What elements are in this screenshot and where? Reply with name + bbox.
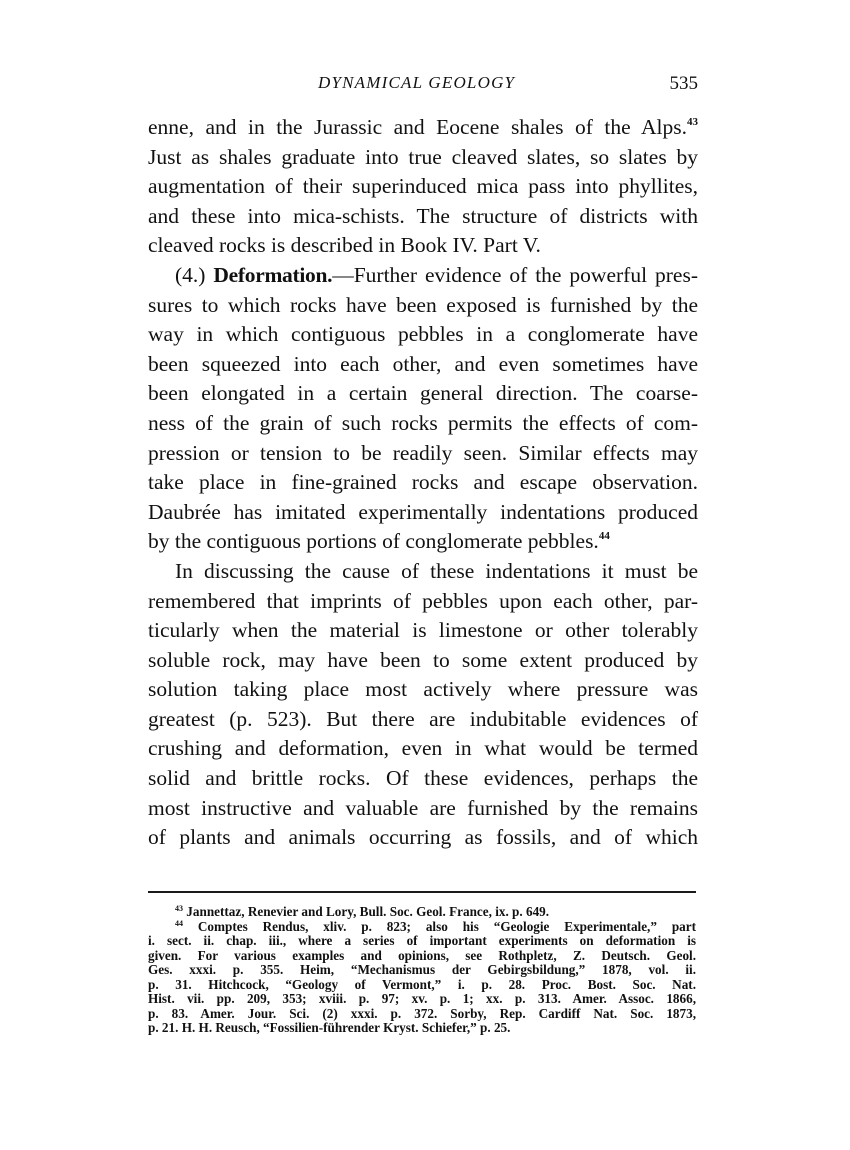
text-line: Daubrée has imitated experimentally inde…: [148, 498, 698, 528]
text-line: enne, and in the Jurassic and Eocene sha…: [148, 113, 698, 143]
text-line: soluble rock, may have been to some exte…: [148, 646, 698, 676]
footnote-line: p. 31. Hitchcock, “Geology of Vermont,” …: [148, 978, 696, 993]
body-text: enne, and in the Jurassic and Eocene sha…: [148, 113, 698, 853]
section-heading: Deformation.: [213, 263, 332, 287]
footnote-43: 43 Jannettaz, Renevier and Lory, Bull. S…: [148, 905, 696, 920]
running-head: DYNAMICAL GEOLOGY 535: [148, 73, 698, 97]
footnote-line: Ges. xxxi. p. 355. Heim, “Mechanismus de…: [148, 963, 696, 978]
footnote-line: p. 21. H. H. Reusch, “Fossilien-führende…: [148, 1021, 696, 1036]
footnote-line: i. sect. ii. chap. iii., where a series …: [148, 934, 696, 949]
page-number: 535: [670, 73, 699, 95]
footnote-line: Hist. vii. pp. 209, 353; xviii. p. 97; x…: [148, 992, 696, 1007]
paragraph-deformation: (4.) Deformation.—Further evidence of th…: [148, 261, 698, 557]
text-line: ness of the grain of such rocks permits …: [148, 409, 698, 439]
paragraph-continuation: enne, and in the Jurassic and Eocene sha…: [148, 113, 698, 261]
footnote-ref-44[interactable]: 44: [599, 530, 610, 542]
footnote-44: 44 Comptes Rendus, xliv. p. 823; also hi…: [148, 920, 696, 1036]
text-line: solid and brittle rocks. Of these eviden…: [148, 764, 698, 794]
text-line: In discussing the cause of these indenta…: [148, 557, 698, 587]
text-line: crushing and deformation, even in what w…: [148, 734, 698, 764]
footnote-line: 43 Jannettaz, Renevier and Lory, Bull. S…: [148, 905, 696, 920]
text-line: Just as shales graduate into true cleave…: [148, 143, 698, 173]
running-title: DYNAMICAL GEOLOGY: [318, 73, 515, 93]
text-line: augmentation of their superinduced mica …: [148, 172, 698, 202]
text-line: way in which contiguous pebbles in a con…: [148, 320, 698, 350]
footnote-number: 44: [175, 919, 183, 928]
text-line: pression or tension to be readily seen. …: [148, 439, 698, 469]
text-line: most instructive and valuable are furnis…: [148, 794, 698, 824]
footnotes: 43 Jannettaz, Renevier and Lory, Bull. S…: [148, 905, 696, 1036]
text-line: solution taking place most actively wher…: [148, 675, 698, 705]
text-line: sures to which rocks have been exposed i…: [148, 291, 698, 321]
text-line: by the contiguous portions of conglomera…: [148, 527, 698, 557]
text-line: been elongated in a certain general dire…: [148, 379, 698, 409]
paragraph-indentations: In discussing the cause of these indenta…: [148, 557, 698, 853]
text-line: remembered that imprints of pebbles upon…: [148, 587, 698, 617]
section-number: (4.): [175, 263, 205, 287]
footnote-ref-43[interactable]: 43: [687, 116, 698, 128]
text-line: of plants and animals occurring as fossi…: [148, 823, 698, 853]
footnote-line: given. For various examples and opinions…: [148, 949, 696, 964]
text-line: greatest (p. 523). But there are indubit…: [148, 705, 698, 735]
footnote-number: 43: [175, 904, 183, 913]
footnote-line: p. 83. Amer. Jour. Sci. (2) xxxi. p. 372…: [148, 1007, 696, 1022]
text-line: take place in fine-grained rocks and esc…: [148, 468, 698, 498]
text-line: been squeezed into each other, and even …: [148, 350, 698, 380]
text-line: (4.) Deformation.—Further evidence of th…: [148, 261, 698, 291]
footnote-line: 44 Comptes Rendus, xliv. p. 823; also hi…: [148, 920, 696, 935]
text-line: cleaved rocks is described in Book IV. P…: [148, 231, 698, 261]
footnote-divider: [148, 891, 696, 893]
text-line: ticularly when the material is limestone…: [148, 616, 698, 646]
text-line: and these into mica-schists. The structu…: [148, 202, 698, 232]
